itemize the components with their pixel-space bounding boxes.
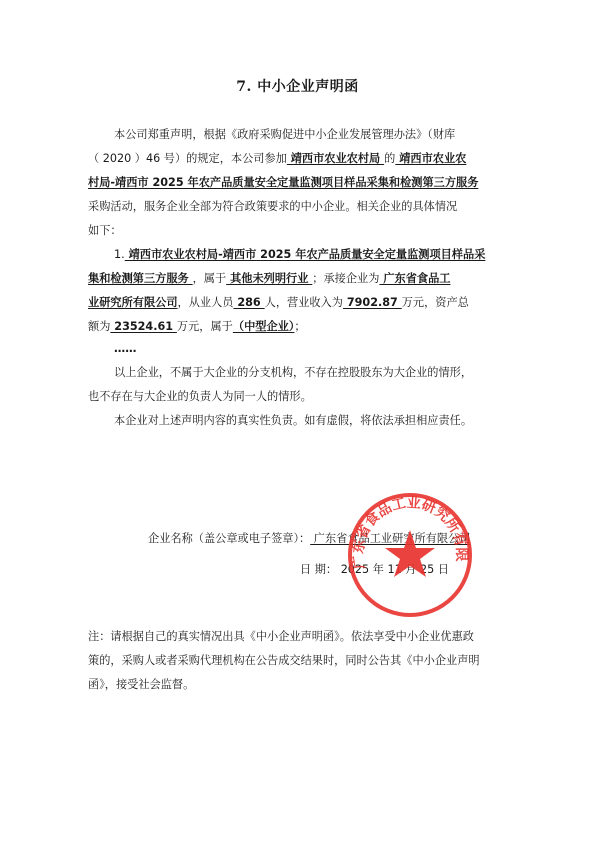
service-name-part2: 集和检测第三方服务 <box>88 272 193 285</box>
text: 如下： <box>88 224 122 237</box>
stamp-text: 广东省食品工业研究所有限公司 <box>345 490 470 570</box>
item1-line2: 集和检测第三方服务 ，属于 其他未列明行业 ；承接企业为 广东省食品工 <box>88 272 508 286</box>
para1-line2: （ 2020 ）46 号）的规定，本公司参加 靖西市农业农村局 的 靖西市农业农 <box>88 152 508 166</box>
text: （ 2020 ）46 号）的规定，本公司参加 <box>88 152 287 165</box>
total-assets: 23524.61 <box>110 320 177 333</box>
text: 人，营业收入为 <box>265 296 343 309</box>
page-title: 7. 中小企业声明函 <box>0 76 595 96</box>
date-label: 日 期： <box>300 563 337 576</box>
svg-text:广东省食品工业研究所有限公司: 广东省食品工业研究所有限公司 <box>345 490 470 570</box>
item1-line4: 额为 23524.61 万元，属于（中型企业）； <box>88 320 508 334</box>
contractor-part1: 广东省食品工 <box>379 272 450 285</box>
text: 采购活动，服务企业全部为符合政策要求的中小企业。相关企业的具体情况 <box>88 200 457 213</box>
industry: 其他未列明行业 <box>226 272 312 285</box>
text: 万元，属于 <box>177 320 233 333</box>
purchaser-name: 靖西市农业农村局 <box>287 152 384 165</box>
text: ，从业人员 <box>178 296 234 309</box>
ellipsis: …… <box>114 342 534 356</box>
text: 的 <box>384 152 395 165</box>
date-value: 2025 年 11 月 25 日 <box>341 563 449 576</box>
para2-line1: 以上企业，不属于大企业的分支机构，不存在控股股东为大企业的情形， <box>114 366 534 380</box>
company-seal-stamp-icon: 广东省食品工业研究所有限公司 <box>345 490 475 620</box>
para1-line3: 村局-靖西市 2025 年农产品质量安全定量监测项目样品采集和检测第三方服务 <box>88 176 508 190</box>
text: ，属于 <box>193 272 227 285</box>
note-line2: 策的，采购人或者采购代理机构在公告成交结果时，同时公告其《中小企业声明 <box>88 654 508 668</box>
text: ； <box>294 320 305 333</box>
item1-line1: 1. 靖西市农业农村局-靖西市 2025 年农产品质量安全定量监测项目样品采 <box>114 248 534 262</box>
para1-line1: 本公司郑重声明，根据《政府采购促进中小企业发展管理办法》（财库 <box>114 128 534 142</box>
para1-line5: 如下： <box>88 224 508 238</box>
text: ；承接企业为 <box>312 272 379 285</box>
service-name-part1: 靖西市农业农村局-靖西市 2025 年农产品质量安全定量监测项目样品采 <box>125 248 486 261</box>
company-label: 企业名称（盖公章或电子签章）： <box>148 532 310 545</box>
note-line1: 注：请根据自己的真实情况出具《中小企业声明函》。依法享受中小企业优惠政 <box>88 630 508 644</box>
company-name: 广东省食品工业研究所有限公司 <box>310 532 470 545</box>
text: 万元，资产总 <box>402 296 469 309</box>
contractor-part2: 业研究所有限公司 <box>88 296 178 309</box>
document-page: 7. 中小企业声明函 本公司郑重声明，根据《政府采购促进中小企业发展管理办法》（… <box>0 0 595 841</box>
revenue: 7902.87 <box>343 296 402 309</box>
project-name-part1: 靖西市农业农 <box>395 152 466 165</box>
date-line: 日 期： 2025 年 11 月 25 日 <box>300 563 449 577</box>
para3: 本企业对上述声明内容的真实性负责。如有虚假，将依法承担相应责任。 <box>114 414 534 428</box>
text: 本公司郑重声明，根据《政府采购促进中小企业发展管理办法》（财库 <box>114 128 455 141</box>
text: 额为 <box>88 320 110 333</box>
enterprise-size: （中型企业） <box>233 320 295 333</box>
item-number: 1. <box>114 248 125 261</box>
note-line3: 函》，接受社会监督。 <box>88 678 508 692</box>
employees-count: 286 <box>233 296 264 309</box>
para1-line4: 采购活动，服务企业全部为符合政策要求的中小企业。相关企业的具体情况 <box>88 200 508 214</box>
project-name-part2: 村局-靖西市 2025 年农产品质量安全定量监测项目样品采集和检测第三方服务 <box>88 176 478 189</box>
company-signature-line: 企业名称（盖公章或电子签章）： 广东省食品工业研究所有限公司 <box>148 532 470 546</box>
item1-line3: 业研究所有限公司，从业人员 286 人，营业收入为 7902.87 万元，资产总 <box>88 296 508 310</box>
para2-line2: 也不存在与大企业的负责人为同一人的情形。 <box>88 390 508 404</box>
